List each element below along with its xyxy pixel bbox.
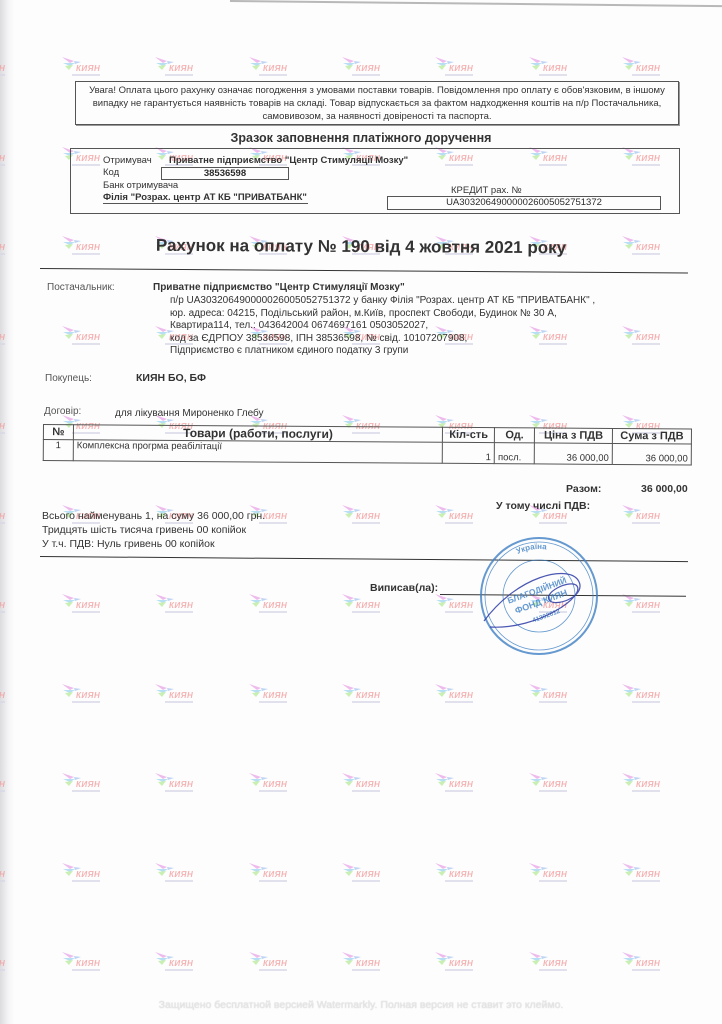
supplier-line: Квартира114, тел.: 043642004 0674697161 … — [170, 320, 690, 333]
contract-label: Договір: — [44, 406, 81, 419]
title-divider — [40, 268, 688, 274]
summary-line: У т.ч. ПДВ: Нуль гривень 00 копійок — [42, 537, 265, 551]
watermark-logo-icon: КИЯН — [340, 950, 380, 978]
watermark-footer-text: Защищено бесплатной версией Watermarkly.… — [0, 999, 722, 1011]
payment-sample-title: Зразок заповнення платіжного доручення — [0, 131, 722, 145]
watermark-logo-icon: КИЯН — [527, 950, 567, 978]
watermark-logo-icon: КИЯН — [433, 861, 473, 889]
supplier-name: Приватне підприємство "Центр Стимуляції … — [153, 282, 405, 295]
total-value: 36 000,00 — [641, 483, 688, 495]
credit-label: КРЕДИТ рах. № — [451, 185, 522, 196]
bank-label: Банк отримувача — [103, 180, 178, 191]
watermark-logo-icon: КИЯН — [620, 861, 660, 889]
supplier-line: код за ЄДРПОУ 38536598, ІПН 38536598, № … — [170, 333, 690, 346]
watermark-logo-icon: КИЯН — [620, 771, 660, 799]
watermark-logo-icon: КИЯН — [620, 503, 660, 531]
table-row: 1 Комплексна прогрма реабілітації 1 посл… — [43, 440, 691, 466]
watermark-logo-icon: КИЯН — [247, 861, 287, 889]
summary-line: Всього найменувань 1, на суму 36 000,00 … — [42, 509, 265, 523]
watermark-logo-icon: КИЯН — [433, 55, 473, 83]
watermark-logo-icon: КИЯН — [340, 55, 380, 83]
cell-number: 1 — [43, 440, 73, 461]
watermark-logo-icon: КИЯН — [527, 771, 567, 799]
watermark-logo-icon: КИЯН — [340, 503, 380, 531]
signature-label: Виписав(ла): — [370, 582, 438, 594]
summary-line: Тридцять шість тисяча гривень 00 копійок — [42, 523, 265, 537]
cell-quantity: 1 — [442, 442, 494, 463]
payment-notice: Увага! Оплата цього рахунку означає пого… — [75, 81, 679, 125]
recipient-label: Отримувач — [103, 155, 152, 166]
watermark-logo-icon: КИЯН — [433, 682, 473, 710]
watermark-logo-icon: КИЯН — [153, 771, 193, 799]
watermark-logo-icon: КИЯН — [527, 861, 567, 889]
cell-price: 36 000,00 — [534, 443, 612, 465]
watermark-logo-icon: КИЯН — [153, 861, 193, 889]
watermark-logo-icon: КИЯН — [340, 592, 380, 620]
cell-sum: 36 000,00 — [612, 443, 691, 465]
stamp-top-text: Україна — [515, 542, 548, 556]
supplier-details: п/р UA303206490000026005052751372 у банк… — [170, 295, 690, 358]
watermark-logo-icon: КИЯН — [433, 950, 473, 978]
cell-goods: Комплексна прогрма реабілітації — [73, 440, 442, 464]
watermark-logo-icon: КИЯН — [620, 55, 660, 83]
watermark-logo-icon: КИЯН — [153, 950, 193, 978]
watermark-logo-icon: КИЯН — [433, 503, 473, 531]
col-header-sum: Сума з ПДВ — [612, 428, 691, 444]
watermark-logo-icon: КИЯН — [247, 592, 287, 620]
buyer-value: КИЯН БО, БФ — [136, 372, 206, 384]
organization-stamp: Україна БЛАГОДІЙНИЙ ФОНД КИЯН 41302612 — [478, 535, 600, 657]
supplier-label: Постачальник: — [47, 282, 115, 295]
payment-sample-box: Отримувач Приватне підприємство "Центр С… — [70, 148, 680, 214]
watermark-logo-icon: КИЯН — [60, 55, 100, 83]
col-header-unit: Од. — [495, 428, 535, 443]
supplier-line: Підприємство є платником єдиного податку… — [170, 345, 690, 358]
watermark-logo-icon: КИЯН — [153, 592, 193, 620]
contract-value: для лікування Мироненко Глебу — [115, 408, 264, 421]
watermark-logo-icon: КИЯН — [340, 682, 380, 710]
code-value: 38536598 — [161, 167, 289, 180]
amount-summary: Всього найменувань 1, на суму 36 000,00 … — [42, 509, 265, 551]
code-label: Код — [103, 167, 119, 178]
total-label: Разом: — [566, 483, 601, 495]
watermark-logo-icon: КИЯН — [60, 771, 100, 799]
watermark-logo-icon: КИЯН — [60, 682, 100, 710]
buyer-label: Покупець: — [45, 373, 92, 386]
col-header-number: № — [43, 425, 73, 440]
watermark-logo-icon: КИЯН — [60, 592, 100, 620]
watermark-logo-icon: КИЯН — [60, 950, 100, 978]
vat-label: У тому числі ПДВ: — [496, 500, 590, 512]
cell-unit: посл. — [494, 443, 534, 464]
watermark-logo-icon: КИЯН — [527, 682, 567, 710]
watermark-logo-icon: КИЯН — [247, 771, 287, 799]
bank-value: Філія "Розрах. центр АТ КБ "ПРИВАТБАНК" — [103, 192, 308, 204]
watermark-logo-icon: КИЯН — [340, 771, 380, 799]
watermark-logo-icon: КИЯН — [340, 861, 380, 889]
scan-top-edge — [230, 0, 722, 15]
watermark-logo-icon: КИЯН — [620, 682, 660, 710]
watermark-logo-icon: КИЯН — [620, 950, 660, 978]
watermark-logo-icon: КИЯН — [247, 682, 287, 710]
watermark-logo-icon: КИЯН — [153, 682, 193, 710]
col-header-quantity: Кіл-сть — [443, 427, 495, 442]
watermark-logo-icon: КИЯН — [60, 324, 100, 352]
payment-notice-text: Увага! Оплата цього рахунку означає пого… — [89, 85, 665, 122]
supplier-line: п/р UA303206490000026005052751372 у банк… — [170, 295, 690, 308]
watermark-logo-icon: КИЯН — [247, 55, 287, 83]
watermark-logo-icon: КИЯН — [60, 861, 100, 889]
watermark-logo-icon: КИЯН — [153, 55, 193, 83]
items-table: № Товари (работи, послуги) Кіл-сть Од. Ц… — [43, 424, 692, 466]
watermark-logo-icon: КИЯН — [433, 592, 473, 620]
recipient-value: Приватне підприємство "Центр Стимуляції … — [169, 155, 408, 166]
watermark-logo-icon: КИЯН — [433, 771, 473, 799]
watermark-logo-icon: КИЯН — [527, 55, 567, 83]
supplier-line: юр. адреса: 04215, Подільський район, м.… — [170, 308, 690, 321]
scan-edge — [0, 0, 14, 1024]
invoice-title: Рахунок на оплату № 190 від 4 жовтня 202… — [0, 235, 722, 259]
col-header-price: Ціна з ПДВ — [535, 428, 613, 444]
credit-account-value: UA303206490000026005052751372 — [387, 196, 661, 210]
watermark-logo-icon: КИЯН — [247, 950, 287, 978]
